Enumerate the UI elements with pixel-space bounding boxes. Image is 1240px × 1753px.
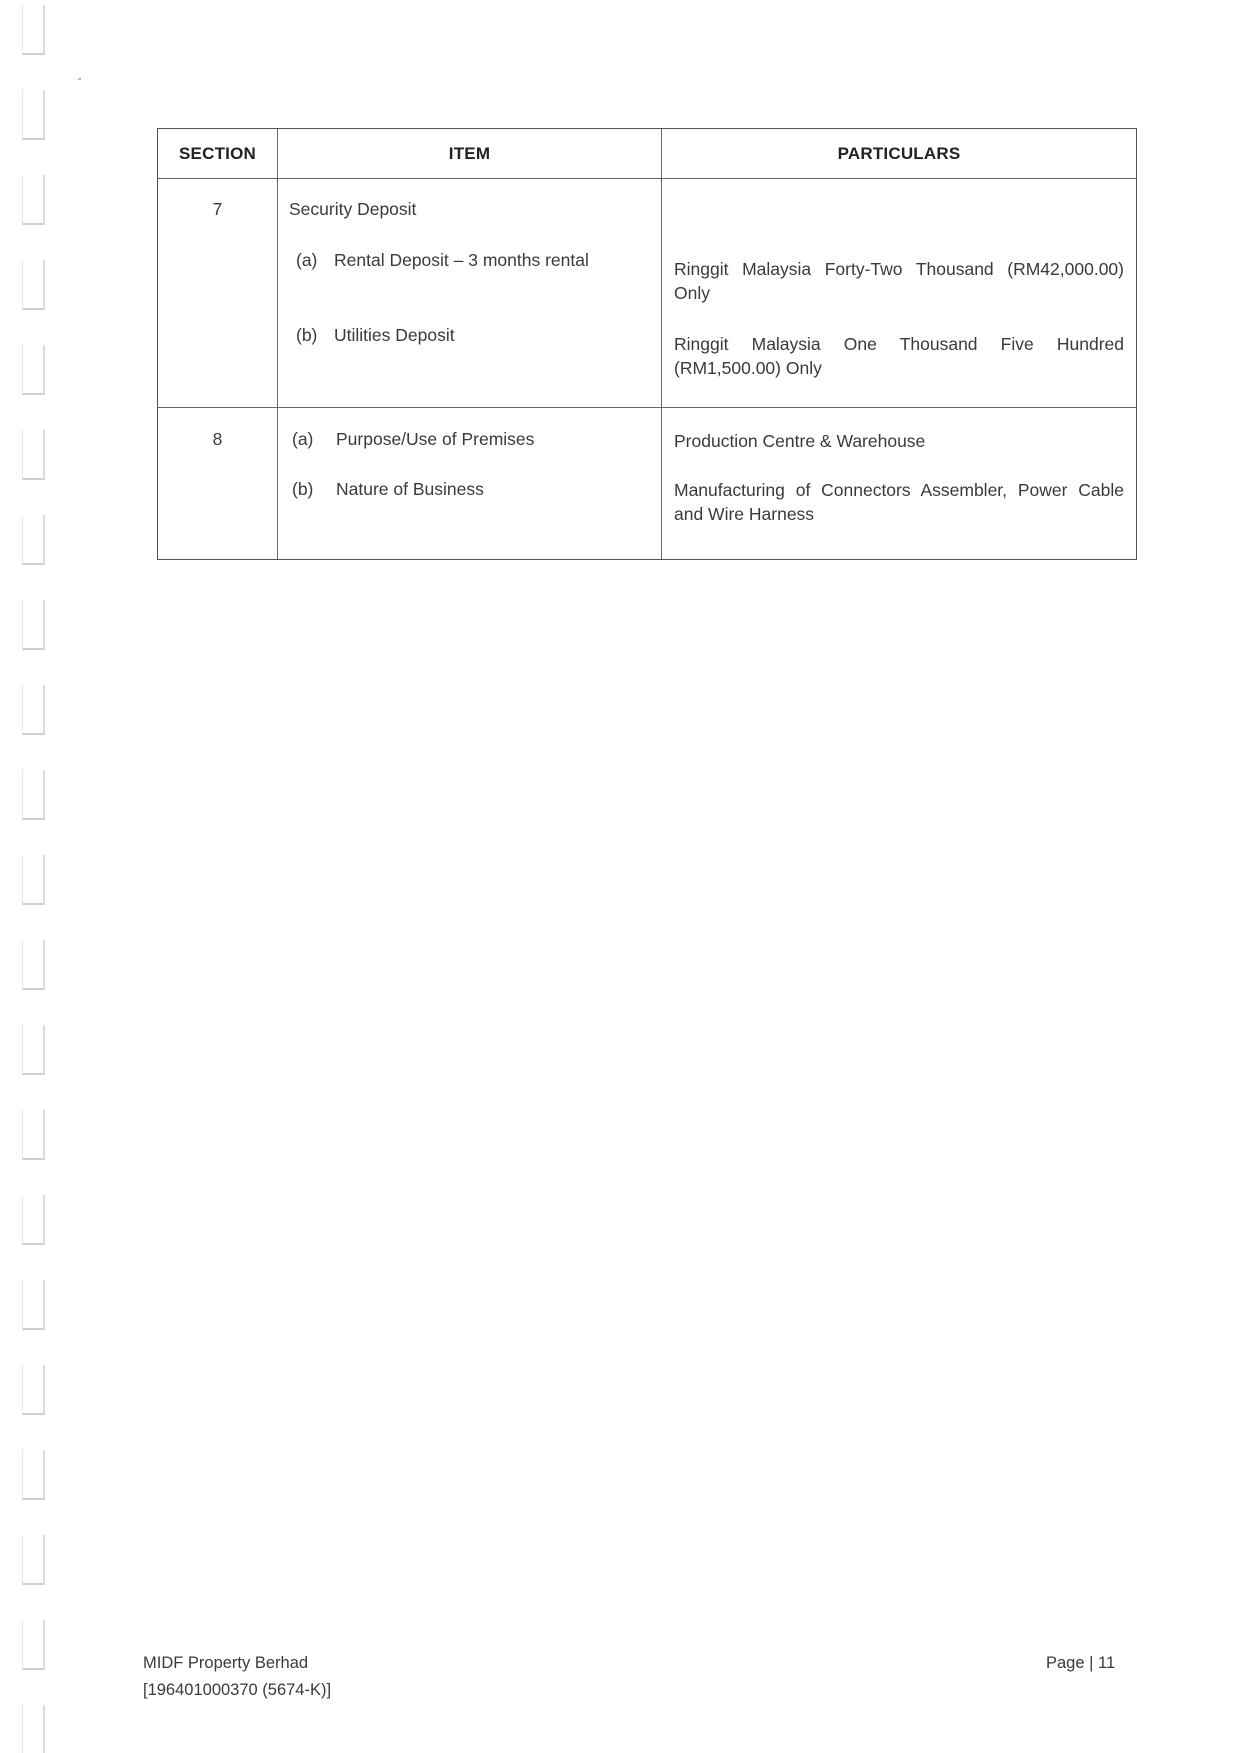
binding-hole-mark [22, 515, 45, 565]
binding-hole-mark [22, 1280, 45, 1330]
binding-hole-mark [22, 1195, 45, 1245]
header-item: ITEM [278, 129, 662, 178]
binding-hole-mark [22, 5, 45, 55]
lease-particulars-table: SECTION ITEM PARTICULARS 7 Security Depo… [157, 128, 1137, 560]
company-name: MIDF Property Berhad [143, 1650, 331, 1677]
binding-hole-mark [22, 1620, 45, 1670]
item-label: (a) [296, 250, 334, 271]
binding-hole-mark [22, 1025, 45, 1075]
binding-hole-mark [22, 685, 45, 735]
binding-hole-mark [22, 940, 45, 990]
item-entry: (b)Nature of Business [292, 479, 484, 500]
item-text: Utilities Deposit [334, 325, 455, 345]
item-entry: (a)Purpose/Use of Premises [292, 429, 534, 450]
binding-hole-mark [22, 1365, 45, 1415]
company-registration: [196401000370 (5674-K)] [143, 1677, 331, 1704]
section-number: 7 [158, 199, 277, 220]
binding-hole-mark [22, 1450, 45, 1500]
binding-hole-mark [22, 175, 45, 225]
binding-hole-mark [22, 1705, 45, 1753]
table-row: 7 Security Deposit (a)Rental Deposit – 3… [158, 178, 1136, 407]
binding-hole-mark [22, 260, 45, 310]
item-label: (b) [296, 325, 334, 346]
item-entry: (b)Utilities Deposit [296, 325, 455, 346]
item-text: Rental Deposit – 3 months rental [334, 250, 589, 270]
table-header-row: SECTION ITEM PARTICULARS [158, 129, 1136, 178]
particulars-text: Production Centre & Warehouse [674, 429, 1124, 453]
section-number: 8 [158, 429, 277, 450]
item-text: Nature of Business [336, 479, 484, 499]
binding-hole-mark [22, 345, 45, 395]
header-section: SECTION [158, 129, 278, 178]
page-number: Page | 11 [1046, 1654, 1115, 1673]
item-label: (b) [292, 479, 336, 500]
footer-company: MIDF Property Berhad [196401000370 (5674… [143, 1650, 331, 1704]
binding-hole-mark [22, 430, 45, 480]
binding-hole-mark [22, 90, 45, 140]
item-text: Purpose/Use of Premises [336, 429, 534, 449]
header-particulars: PARTICULARS [662, 129, 1136, 178]
particulars-text: Ringgit Malaysia Forty-Two Thousand (RM4… [674, 257, 1124, 305]
item-label: (a) [292, 429, 336, 450]
particulars-text: Ringgit Malaysia One Thousand Five Hundr… [674, 332, 1124, 380]
binding-hole-mark [22, 600, 45, 650]
item-title: Security Deposit [289, 199, 416, 220]
table-row: 8 (a)Purpose/Use of Premises (b)Nature o… [158, 407, 1136, 559]
binding-hole-mark [22, 770, 45, 820]
binding-hole-mark [22, 1535, 45, 1585]
scan-speck [78, 78, 81, 80]
particulars-text: Manufacturing of Connectors Assembler, P… [674, 478, 1124, 526]
item-entry: (a)Rental Deposit – 3 months rental [296, 250, 589, 271]
binding-hole-mark [22, 1110, 45, 1160]
binding-hole-mark [22, 855, 45, 905]
